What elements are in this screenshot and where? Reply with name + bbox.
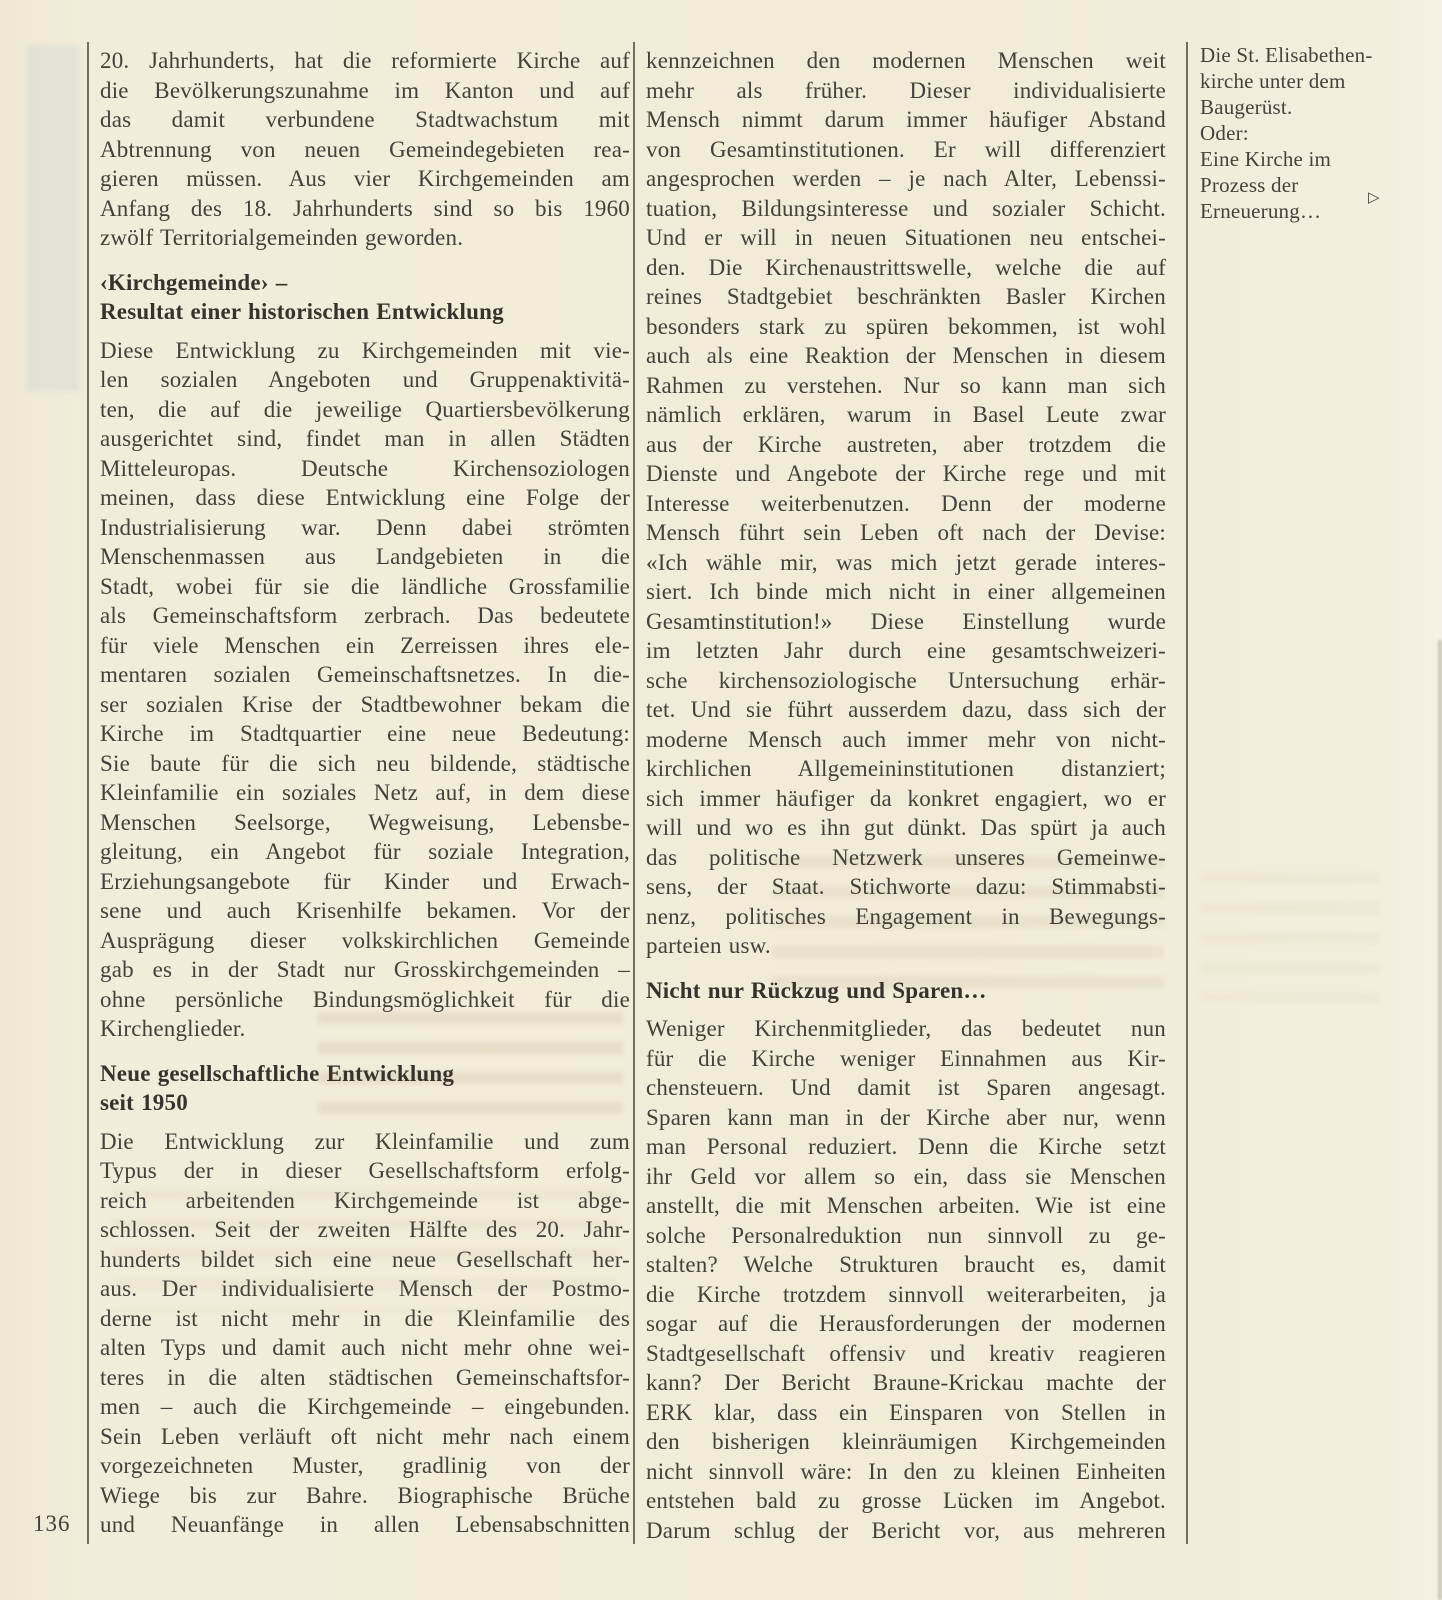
body-text-line: ihr Geld vor allem so ein, dass sie Mens… [646,1162,1166,1192]
body-text-line: als Gemeinschaftsform zerbrach. Das bede… [100,601,630,631]
body-text-line: solche Personalreduktion nun sinnvoll zu… [646,1221,1166,1251]
section-heading-line: Nicht nur Rückzug und Sparen… [646,976,1166,1006]
body-text-line: moderne Mensch auch immer mehr von nicht… [646,725,1166,755]
body-text-line: stalten? Welche Strukturen braucht es, d… [646,1250,1166,1280]
body-text-line: für viele Menschen ein Zerreissen ihres … [100,631,630,661]
scanned-magazine-page: 20. Jahrhunderts, hat die reformierte Ki… [0,0,1442,1600]
body-text-line: die Bevölkerungszunahme im Kanton und au… [100,76,630,106]
sidebar-caption: Die St. Elisabethen-kirche unter demBaug… [1200,42,1386,224]
body-text-line: men – auch die Kirchgemeinde – eingebund… [100,1392,630,1422]
body-text-line: mehr als früher. Dieser individualisiert… [646,76,1166,106]
body-text-line: sens, der Staat. Stichworte dazu: Stimma… [646,872,1166,902]
body-text-line: Abtrennung von neuen Gemeindegebieten re… [100,135,630,165]
body-text-line: ausgerichtet sind, findet man in allen S… [100,424,630,454]
body-text-line: besonders stark zu spüren bekommen, ist … [646,312,1166,342]
body-text-line: Weniger Kirchenmitglieder, das bedeutet … [646,1014,1166,1044]
body-text-line: kann? Der Bericht Braune-Krickau machte … [646,1368,1166,1398]
body-text-line: len sozialen Angeboten und Gruppenaktivi… [100,365,630,395]
body-text-line: teres in die alten städtischen Gemeinsch… [100,1363,630,1393]
body-text-line: Ausprägung dieser volkskirchlichen Gemei… [100,926,630,956]
body-text-line: derne ist nicht mehr in die Kleinfamilie… [100,1304,630,1334]
body-text-line: Anfang des 18. Jahrhunderts sind so bis … [100,194,630,224]
body-text-line: nämlich erklären, warum in Basel Leute z… [646,400,1166,430]
body-text-line: sogar auf die Herausforderungen der mode… [646,1309,1166,1339]
body-text-line: aus. Der individualisierte Mensch der Po… [100,1274,630,1304]
body-text-line: Gesamtinstitution!» Diese Einstellung wu… [646,607,1166,637]
left-margin-rule [87,42,89,1544]
body-text-line: gab es in der Stadt nur Grosskirchgemein… [100,955,630,985]
body-text-line: Mensch nimmt darum immer häufiger Abstan… [646,105,1166,135]
body-text-line: Sein Leben verläuft oft nicht mehr nach … [100,1422,630,1452]
body-text-line: die Kirche trotzdem sinnvoll weiterarbei… [646,1280,1166,1310]
section-heading-line: seit 1950 [100,1088,630,1118]
body-text-line: aus der Kirche austreten, aber trotzdem … [646,430,1166,460]
right-text-column: kennzeichnen den modernen Menschen weitm… [646,46,1166,1545]
body-text-line: sene und auch Krisenhilfe bekamen. Vor d… [100,896,630,926]
body-text-line: Menschen Seelsorge, Wegweisung, Lebensbe… [100,808,630,838]
body-text-line: man Personal reduziert. Denn die Kirche … [646,1132,1166,1162]
left-margin-scan-artifact [27,46,79,391]
body-text-line: den bisherigen kleinräumigen Kirchgemein… [646,1427,1166,1457]
body-text-line: ten, die auf die jeweilige Quartiersbevö… [100,395,630,425]
body-text-line: von Gesamtinstitutionen. Er will differe… [646,135,1166,165]
body-text-line: gieren müssen. Aus vier Kirchgemeinden a… [100,164,630,194]
body-text-line: alten Typs und damit auch nicht mehr ohn… [100,1333,630,1363]
body-text-line: Erziehungsangebote für Kinder und Erwach… [100,867,630,897]
body-text-line: Stadtgesellschaft offensiv und kreativ r… [646,1339,1166,1369]
body-text-line: ser sozialen Krise der Stadtbewohner bek… [100,690,630,720]
body-text-line: Menschenmassen aus Landgebieten in die [100,542,630,572]
body-text-line: Kirche im Stadtquartier eine neue Bedeut… [100,719,630,749]
body-text-line: ERK klar, dass ein Einsparen von Stellen… [646,1398,1166,1428]
body-text-line: ohne persönliche Bindungsmöglichkeit für… [100,985,630,1015]
body-text-line: Wiege bis zur Bahre. Biographische Brüch… [100,1481,630,1511]
sidebar-caption-line: kirche unter dem [1200,68,1386,94]
body-text-line: das politische Netzwerk unseres Gemeinwe… [646,843,1166,873]
body-text-line: angesprochen werden – je nach Alter, Leb… [646,164,1166,194]
body-text-line: Mensch führt sein Leben oft nach der Dev… [646,518,1166,548]
body-text-line: will und wo es ihn gut dünkt. Das spürt … [646,813,1166,843]
sidebar-caption-line: Eine Kirche im [1200,146,1386,172]
body-text-line: sich immer häufiger da konkret engagiert… [646,784,1166,814]
body-text-line: siert. Ich binde mich nicht in einer all… [646,577,1166,607]
body-text-line: kennzeichnen den modernen Menschen weit [646,46,1166,76]
body-text-line: Diese Entwicklung zu Kirchgemeinden mit … [100,336,630,366]
sidebar-divider-rule [1186,42,1188,1544]
body-text-line: 20. Jahrhunderts, hat die reformierte Ki… [100,46,630,76]
section-heading-line: Resultat einer historischen Entwicklung [100,297,630,327]
left-text-column: 20. Jahrhunderts, hat die reformierte Ki… [100,46,630,1540]
body-text-line: Sie baute für die sich neu bildende, stä… [100,749,630,779]
page-edge-shadow [1438,640,1442,1600]
body-text-line: Darum schlug der Bericht vor, aus mehrer… [646,1516,1166,1546]
body-text-line: tet. Und sie führt ausserdem dazu, dass … [646,695,1166,725]
body-text-line: im letzten Jahr durch eine gesamtschweiz… [646,636,1166,666]
body-text-line: Und er will in neuen Situationen neu ent… [646,223,1166,253]
body-text-line: den. Die Kirchenaustrittswelle, welche d… [646,253,1166,283]
bleed-through-artifact [1200,872,1380,1002]
sidebar-caption-line: Prozess der [1200,172,1386,198]
body-text-line: chensteuern. Und damit ist Sparen angesa… [646,1073,1166,1103]
body-text-line: reines Stadtgebiet beschränkten Basler K… [646,282,1166,312]
body-text-line: anstellt, die mit Menschen arbeiten. Wie… [646,1191,1166,1221]
sidebar-caption-line: Baugerüst. [1200,94,1386,120]
sidebar-caption-line: Erneuerung… [1200,198,1386,224]
body-text-line: reich arbeitenden Kirchgemeinde ist abge… [100,1186,630,1216]
body-text-line: Dienste und Angebote der Kirche rege und… [646,459,1166,489]
body-text-line: und Neuanfänge in allen Lebensabschnitte… [100,1510,630,1540]
body-text-line: tuation, Bildungsinteresse und sozialer … [646,194,1166,224]
body-text-line: nicht sinnvoll wäre: In den zu kleinen E… [646,1457,1166,1487]
section-heading-line: ‹Kirchgemeinde› – [100,268,630,298]
body-text-line: entstehen bald zu grosse Lücken im Angeb… [646,1486,1166,1516]
body-text-line: schlossen. Seit der zweiten Hälfte des 2… [100,1215,630,1245]
continuation-triangle-icon: ▷ [1368,188,1380,206]
body-text-line: Mitteleuropas. Deutsche Kirchensoziologe… [100,454,630,484]
body-text-line: nenz, politisches Engagement in Bewegung… [646,902,1166,932]
body-text-line: Kleinfamilie ein soziales Netz auf, in d… [100,778,630,808]
section-heading-line: Neue gesellschaftliche Entwicklung [100,1059,630,1089]
body-text-line: auch als eine Reaktion der Menschen in d… [646,341,1166,371]
body-text-line: «Ich wähle mir, was mich jetzt gerade in… [646,548,1166,578]
body-text-line: vorgezeichneten Muster, gradlinig von de… [100,1451,630,1481]
body-text-line: Interesse weiterbenutzen. Denn der moder… [646,489,1166,519]
body-text-line: zwölf Territorialgemeinden geworden. [100,223,630,253]
body-text-line: sche kirchensoziologische Untersuchung e… [646,666,1166,696]
body-text-line: Rahmen zu verstehen. Nur so kann man sic… [646,371,1166,401]
body-text-line: Industrialisierung war. Denn dabei ström… [100,513,630,543]
body-text-line: das damit verbundene Stadtwachstum mit [100,105,630,135]
body-text-line: Typus der in dieser Gesellschaftsform er… [100,1156,630,1186]
page-number: 136 [33,1511,83,1537]
body-text-line: meinen, dass diese Entwicklung eine Folg… [100,483,630,513]
body-text-line: hunderts bildet sich eine neue Gesellsch… [100,1245,630,1275]
body-text-line: kirchlichen Allgemeininstitutionen dista… [646,754,1166,784]
body-text-line: Kirchenglieder. [100,1014,630,1044]
body-text-line: parteien usw. [646,931,1166,961]
body-text-line: für die Kirche weniger Einnahmen aus Kir… [646,1044,1166,1074]
body-text-line: mentaren sozialen Gemeinschaftsnetzes. I… [100,660,630,690]
body-text-line: Sparen kann man in der Kirche aber nur, … [646,1103,1166,1133]
sidebar-caption-line: Oder: [1200,120,1386,146]
body-text-line: Stadt, wobei für sie die ländliche Gross… [100,572,630,602]
body-text-line: gleitung, ein Angebot für soziale Integr… [100,837,630,867]
column-divider-rule [633,42,635,1544]
sidebar-caption-line: Die St. Elisabethen- [1200,42,1386,68]
body-text-line: Die Entwicklung zur Kleinfamilie und zum [100,1127,630,1157]
